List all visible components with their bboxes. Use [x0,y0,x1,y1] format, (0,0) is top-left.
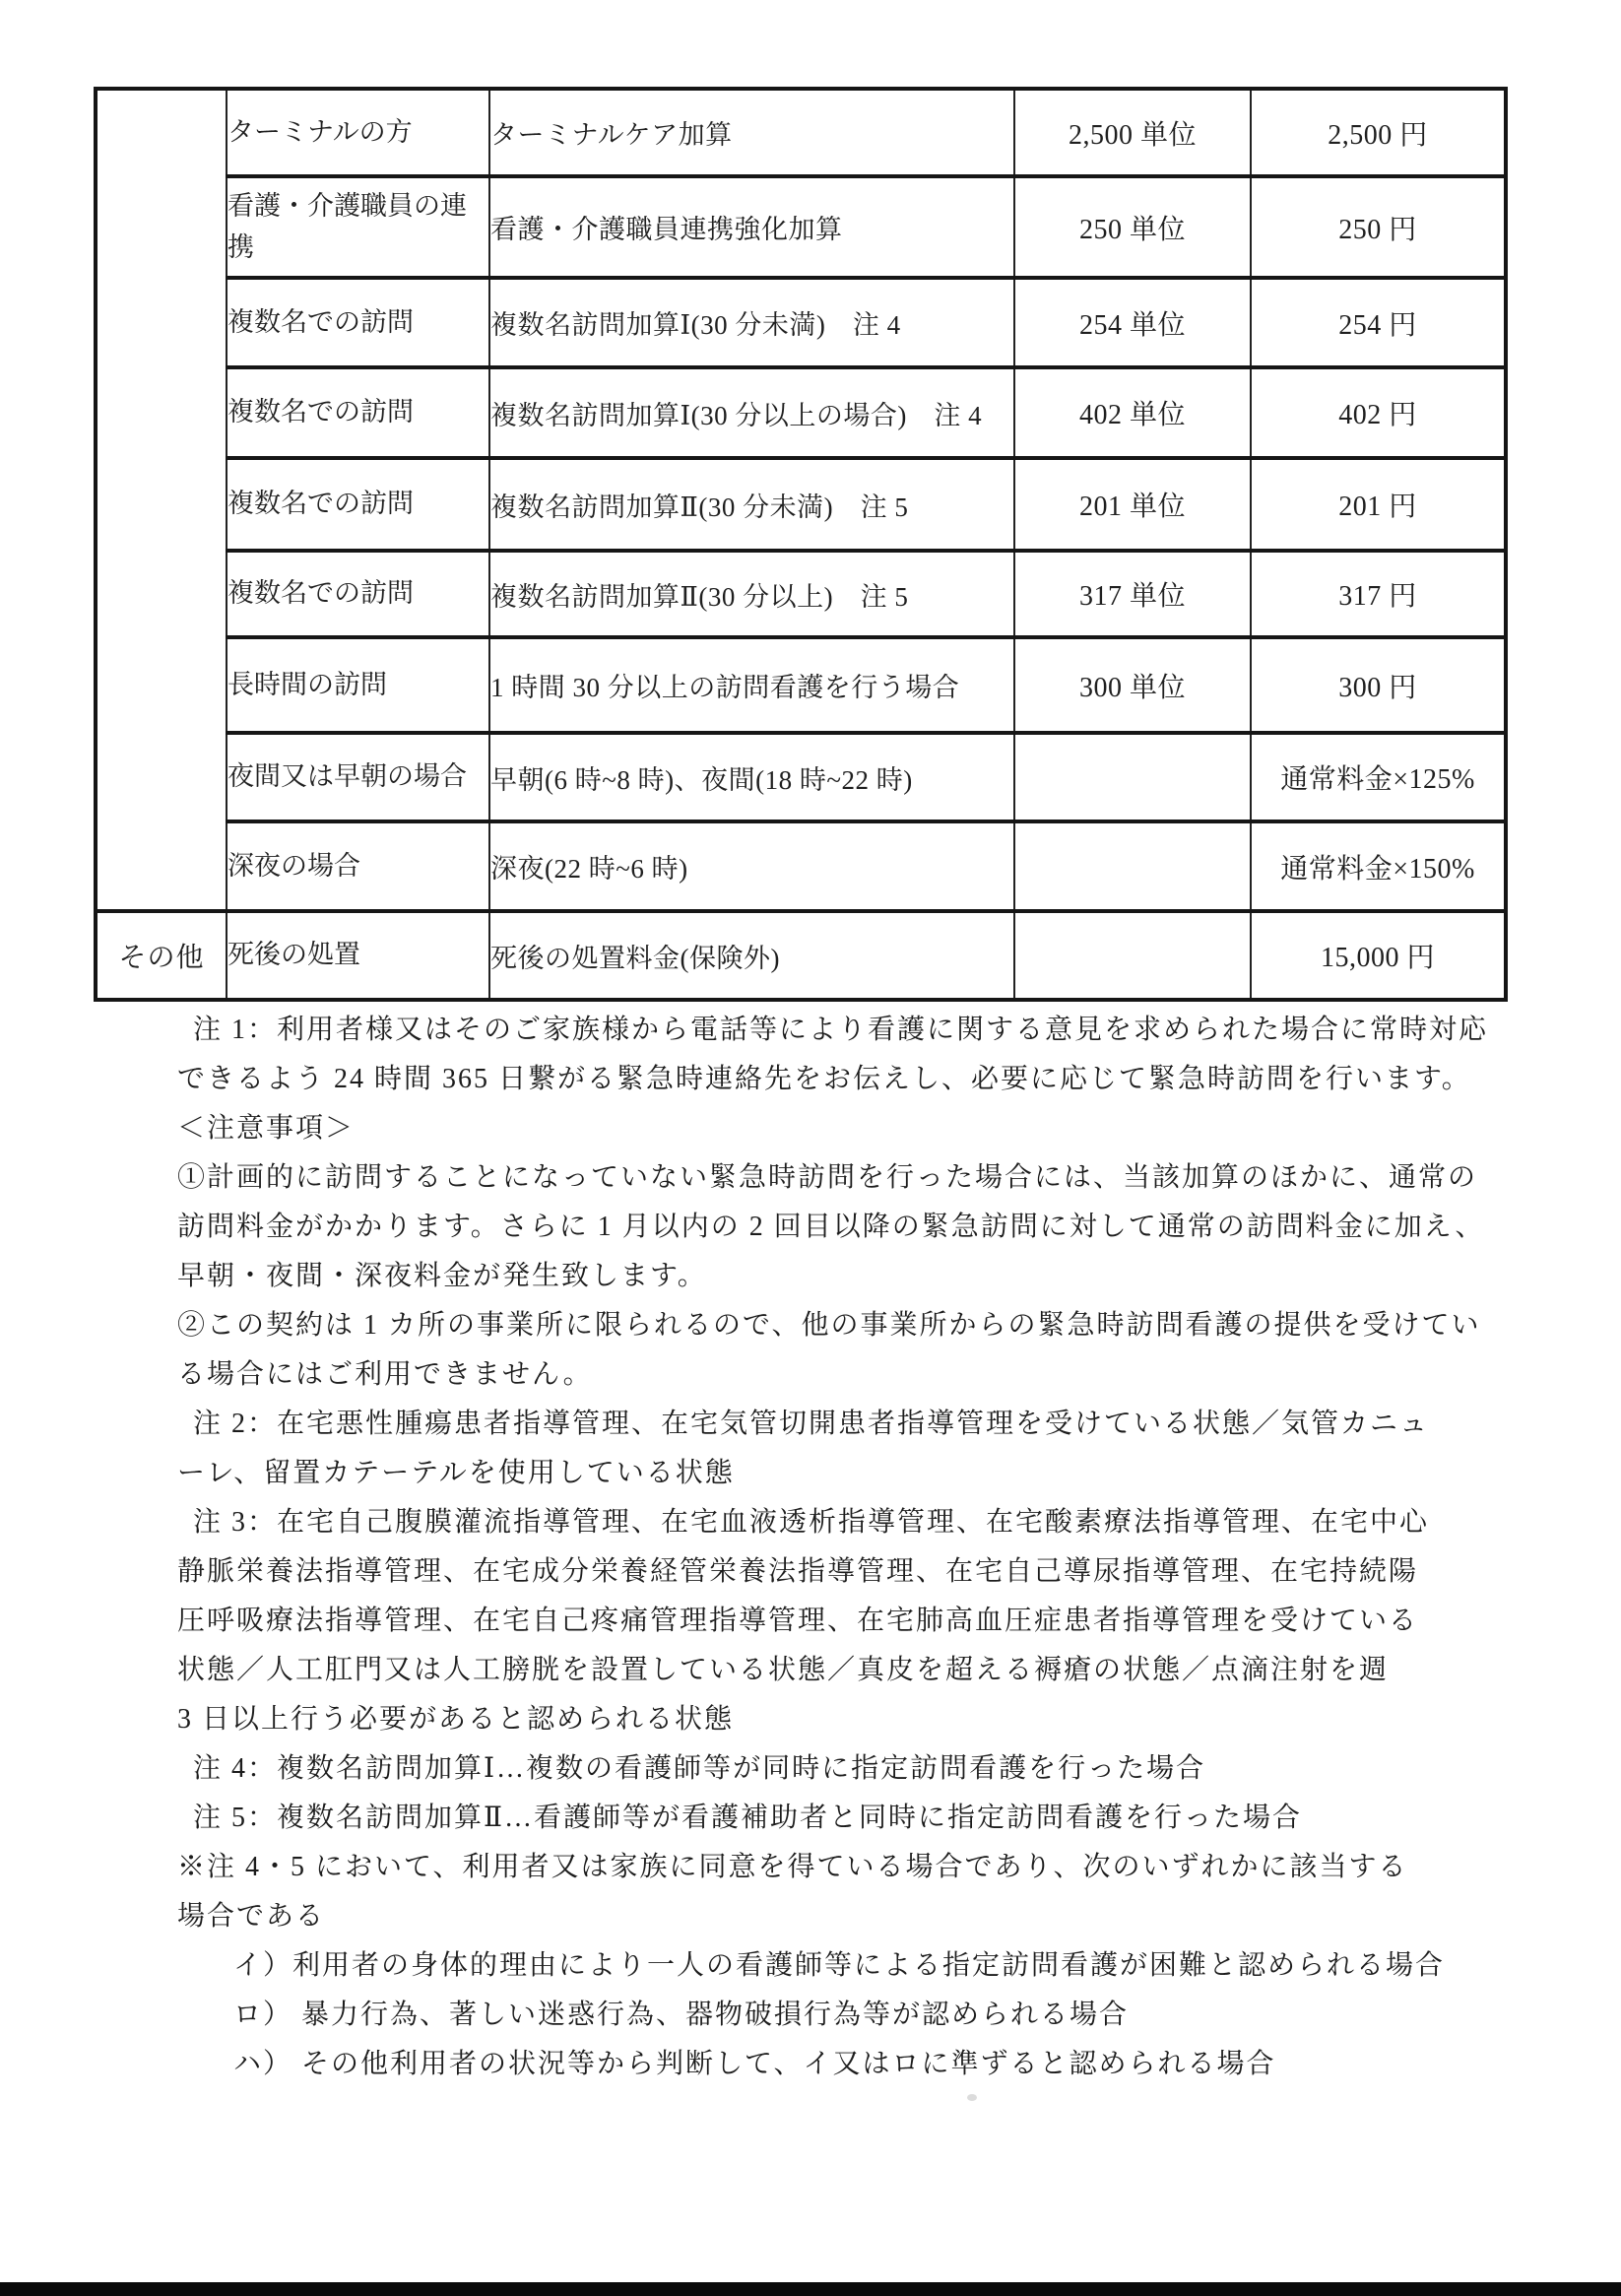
price-cell: 通常料金×125% [1251,733,1506,821]
note-line: 状態／人工肛門又は人工膀胱を設置している状態／真皮を超える褥瘡の状態／点滴注射を… [0,1646,1621,1695]
table-row: ターミナルの方ターミナルケア加算2,500 単位2,500 円 [96,89,1506,176]
table-row: 複数名での訪問複数名訪問加算Ⅰ(30 分以上の場合) 注 4402 単位402 … [96,367,1506,458]
category-cell: ターミナルの方 [227,89,489,176]
category-cell: 死後の処置 [227,911,489,1000]
units-cell: 254 単位 [1014,278,1251,367]
price-cell: 300 円 [1251,637,1506,733]
price-cell: 2,500 円 [1251,89,1506,176]
note-line: 注 5：複数名訪問加算Ⅱ…看護師等が看護補助者と同時に指定訪問看護を行った場合 [0,1794,1621,1843]
table-row: 深夜の場合深夜(22 時~6 時)通常料金×150% [96,821,1506,911]
price-cell: 402 円 [1251,367,1506,458]
note-line: 静脈栄養法指導管理、在宅成分栄養経管栄養法指導管理、在宅自己導尿指導管理、在宅持… [0,1547,1621,1597]
category-cell: 夜間又は早朝の場合 [227,733,489,821]
note-line: 注 4：複数名訪問加算Ⅰ…複数の看護師等が同時に指定訪問看護を行った場合 [0,1744,1621,1794]
units-cell: 402 単位 [1014,367,1251,458]
note-line: 場合である [0,1892,1621,1941]
category-cell: 複数名での訪問 [227,367,489,458]
units-cell: 300 単位 [1014,637,1251,733]
category-cell: 複数名での訪問 [227,551,489,637]
table-row: 複数名での訪問複数名訪問加算Ⅰ(30 分未満) 注 4254 単位254 円 [96,278,1506,367]
note-line: できるよう 24 時間 365 日繋がる緊急時連絡先をお伝えし、必要に応じて緊急… [0,1055,1621,1104]
note-line: ①計画的に訪問することになっていない緊急時訪問を行った場合には、当該加算のほかに… [0,1153,1621,1203]
table-row: 複数名での訪問複数名訪問加算Ⅱ(30 分以上) 注 5317 単位317 円 [96,551,1506,637]
description-cell: 複数名訪問加算Ⅰ(30 分以上の場合) 注 4 [489,367,1014,458]
description-cell: 複数名訪問加算Ⅱ(30 分以上) 注 5 [489,551,1014,637]
category-cell: 深夜の場合 [227,821,489,911]
category-cell: 複数名での訪問 [227,458,489,551]
price-cell: 15,000 円 [1251,911,1506,1000]
units-cell: 317 単位 [1014,551,1251,637]
note-line: 訪問料金がかかります。さらに 1 月以内の 2 回目以降の緊急訪問に対して通常の… [0,1203,1621,1252]
description-cell: 複数名訪問加算Ⅱ(30 分未満) 注 5 [489,458,1014,551]
units-cell [1014,733,1251,821]
units-cell [1014,821,1251,911]
note-line: 圧呼吸療法指導管理、在宅自己疼痛管理指導管理、在宅肺高血圧症患者指導管理を受けて… [0,1597,1621,1646]
note-line: イ）利用者の身体的理由により一人の看護師等による指定訪問看護が困難と認められる場… [0,1941,1621,1991]
note-line: 3 日以上行う必要があると認められる状態 [0,1695,1621,1744]
note-line: 早朝・夜間・深夜料金が発生致します。 [0,1252,1621,1301]
category-cell: 看護・介護職員の連携 [227,176,489,278]
note-line: ②この契約は 1 カ所の事業所に限られるので、他の事業所からの緊急時訪問看護の提… [0,1301,1621,1350]
fee-schedule-table: ターミナルの方ターミナルケア加算2,500 単位2,500 円看護・介護職員の連… [94,87,1508,1002]
note-line: ハ） その他利用者の状況等から判断して、イ又はロに準ずると認められる場合 [0,2040,1621,2089]
note-line: ＜注意事項＞ [0,1104,1621,1153]
group-cell-empty [96,89,227,911]
notes-section: 注 1：利用者様又はそのご家族様から電話等により看護に関する意見を求められた場合… [0,1006,1621,2089]
note-line: ※注 4・5 において、利用者又は家族に同意を得ている場合であり、次のいずれかに… [0,1843,1621,1892]
description-cell: 早朝(6 時~8 時)、夜間(18 時~22 時) [489,733,1014,821]
description-cell: 複数名訪問加算Ⅰ(30 分未満) 注 4 [489,278,1014,367]
note-line: 注 3：在宅自己腹膜灌流指導管理、在宅血液透析指導管理、在宅酸素療法指導管理、在… [0,1498,1621,1547]
table-row: 長時間の訪問1 時間 30 分以上の訪問看護を行う場合300 単位300 円 [96,637,1506,733]
note-line: ーレ、留置カテーテルを使用している状態 [0,1449,1621,1498]
note-line: る場合にはご利用できません。 [0,1350,1621,1400]
description-cell: ターミナルケア加算 [489,89,1014,176]
units-cell [1014,911,1251,1000]
description-cell: 1 時間 30 分以上の訪問看護を行う場合 [489,637,1014,733]
price-cell: 254 円 [1251,278,1506,367]
note-line: 注 2：在宅悪性腫瘍患者指導管理、在宅気管切開患者指導管理を受けている状態／気管… [0,1400,1621,1449]
price-cell: 201 円 [1251,458,1506,551]
scan-speck [967,2094,977,2101]
category-cell: 長時間の訪問 [227,637,489,733]
table-row: 複数名での訪問複数名訪問加算Ⅱ(30 分未満) 注 5201 単位201 円 [96,458,1506,551]
note-line: ロ） 暴力行為、著しい迷惑行為、器物破損行為等が認められる場合 [0,1991,1621,2040]
units-cell: 2,500 単位 [1014,89,1251,176]
price-cell: 317 円 [1251,551,1506,637]
group-cell-other: その他 [96,911,227,1000]
note-line: 注 1：利用者様又はそのご家族様から電話等により看護に関する意見を求められた場合… [0,1006,1621,1055]
description-cell: 死後の処置料金(保険外) [489,911,1014,1000]
units-cell: 250 単位 [1014,176,1251,278]
units-cell: 201 単位 [1014,458,1251,551]
category-cell: 複数名での訪問 [227,278,489,367]
scan-bottom-edge [0,2282,1621,2296]
table-row: その他死後の処置死後の処置料金(保険外)15,000 円 [96,911,1506,1000]
price-cell: 通常料金×150% [1251,821,1506,911]
table-row: 夜間又は早朝の場合早朝(6 時~8 時)、夜間(18 時~22 時)通常料金×1… [96,733,1506,821]
description-cell: 看護・介護職員連携強化加算 [489,176,1014,278]
description-cell: 深夜(22 時~6 時) [489,821,1014,911]
price-cell: 250 円 [1251,176,1506,278]
table-row: 看護・介護職員の連携看護・介護職員連携強化加算250 単位250 円 [96,176,1506,278]
